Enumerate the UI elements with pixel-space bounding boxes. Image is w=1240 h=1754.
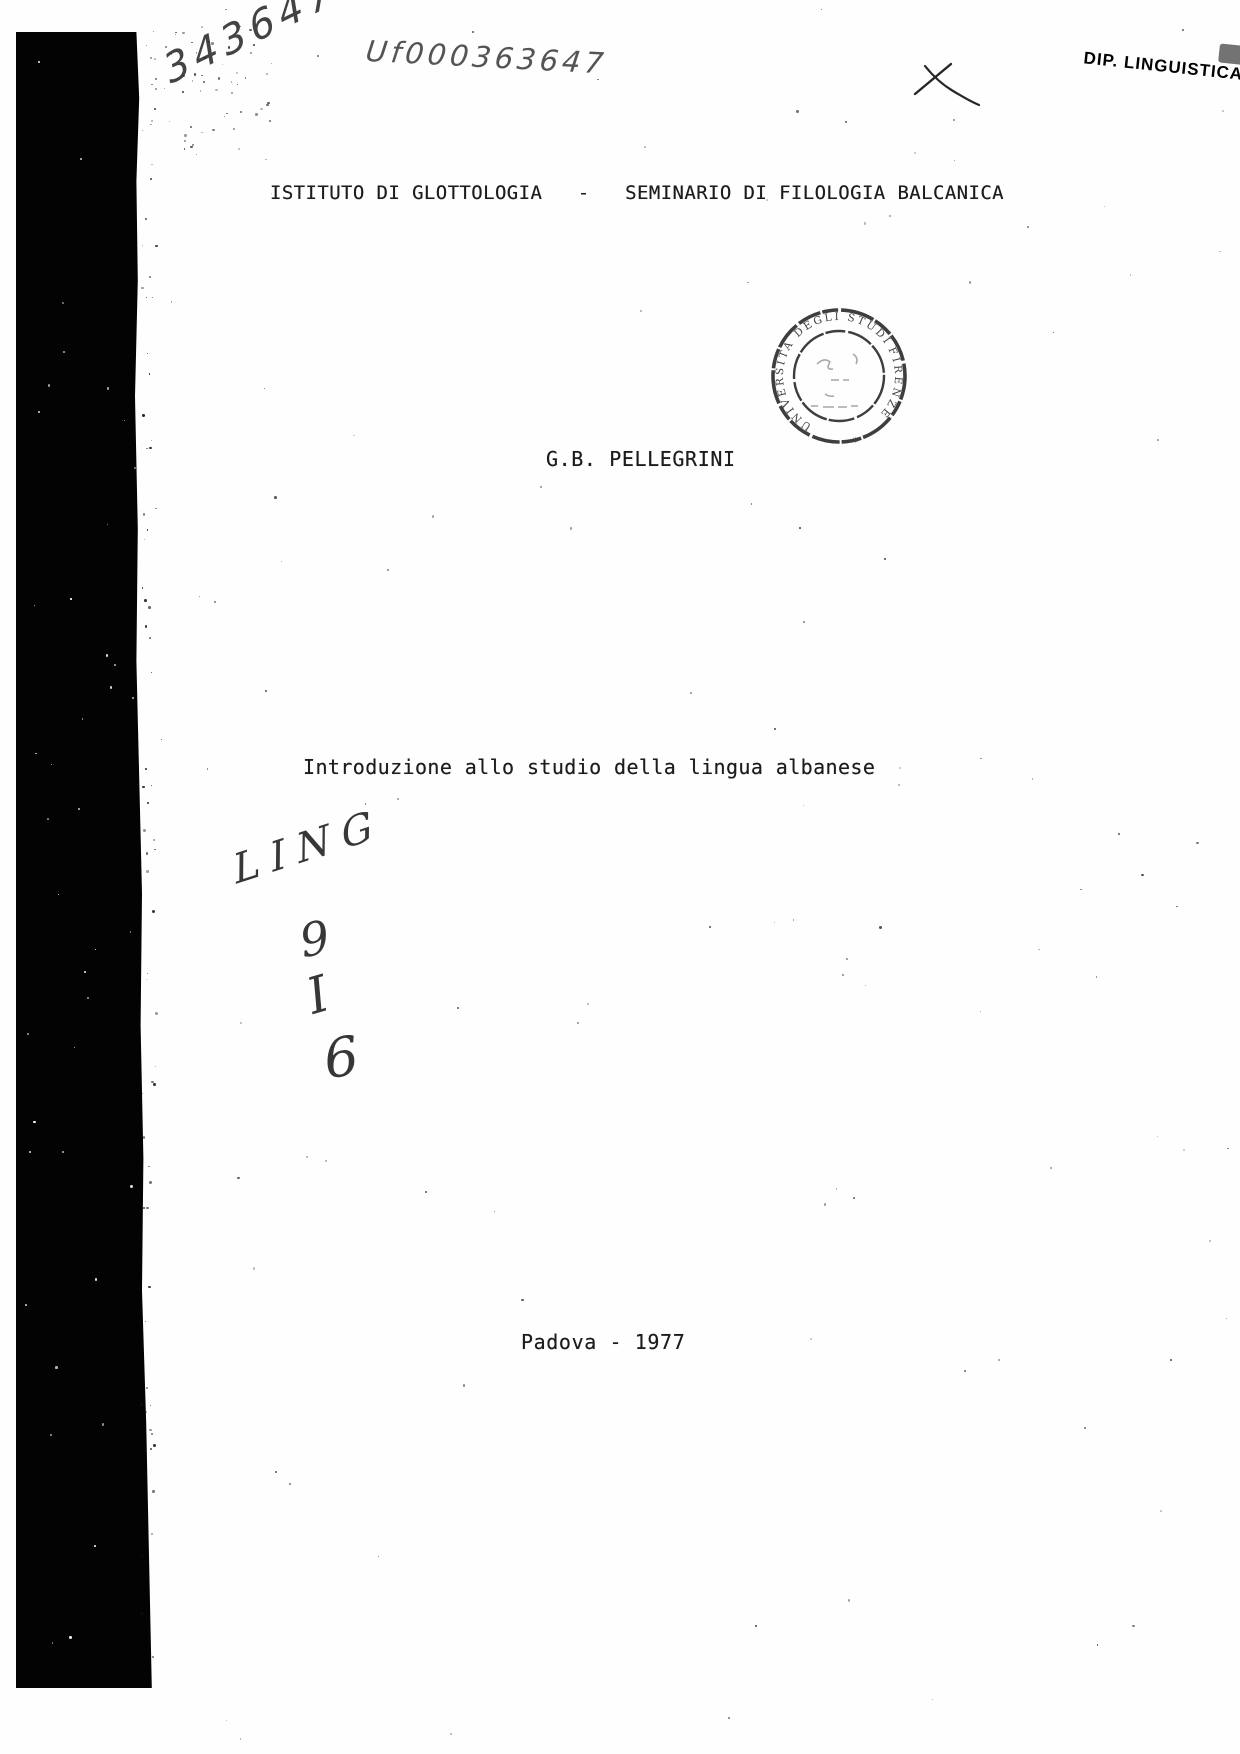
shelfmark-line-i: I xyxy=(300,964,335,1025)
shelfmark-line-ling: LING xyxy=(230,799,388,893)
handwritten-accession-number: 343647 xyxy=(158,0,343,93)
binding-strip xyxy=(16,32,156,1688)
shelfmark-line-9: 9 xyxy=(296,910,334,968)
scanned-title-page: 343647 Uf000363647 DIP. LINGUISTICA ISTI… xyxy=(0,0,1240,1754)
imprint-place-year: Padova - 1977 xyxy=(521,1330,685,1354)
shelfmark-line-6: 6 xyxy=(320,1024,363,1091)
department-stamp: DIP. LINGUISTICA xyxy=(1056,26,1240,125)
handwritten-barcode-number: Uf000363647 xyxy=(364,34,609,80)
stamp-bottom-symbol: ✳ xyxy=(852,433,859,446)
department-stamp-label: DIP. LINGUISTICA xyxy=(1083,48,1240,84)
stamp-interior-marks xyxy=(811,354,858,407)
book-title: Introduzione allo studio della lingua al… xyxy=(303,755,875,779)
pen-x-mark xyxy=(903,52,993,122)
library-stamp: UNIVERSITÀ DEGLI STUDI FIRENZE ✳ xyxy=(765,302,915,452)
institution-line: ISTITUTO DI GLOTTOLOGIA - SEMINARIO DI F… xyxy=(270,182,1004,204)
author-name: G.B. PELLEGRINI xyxy=(546,447,736,471)
